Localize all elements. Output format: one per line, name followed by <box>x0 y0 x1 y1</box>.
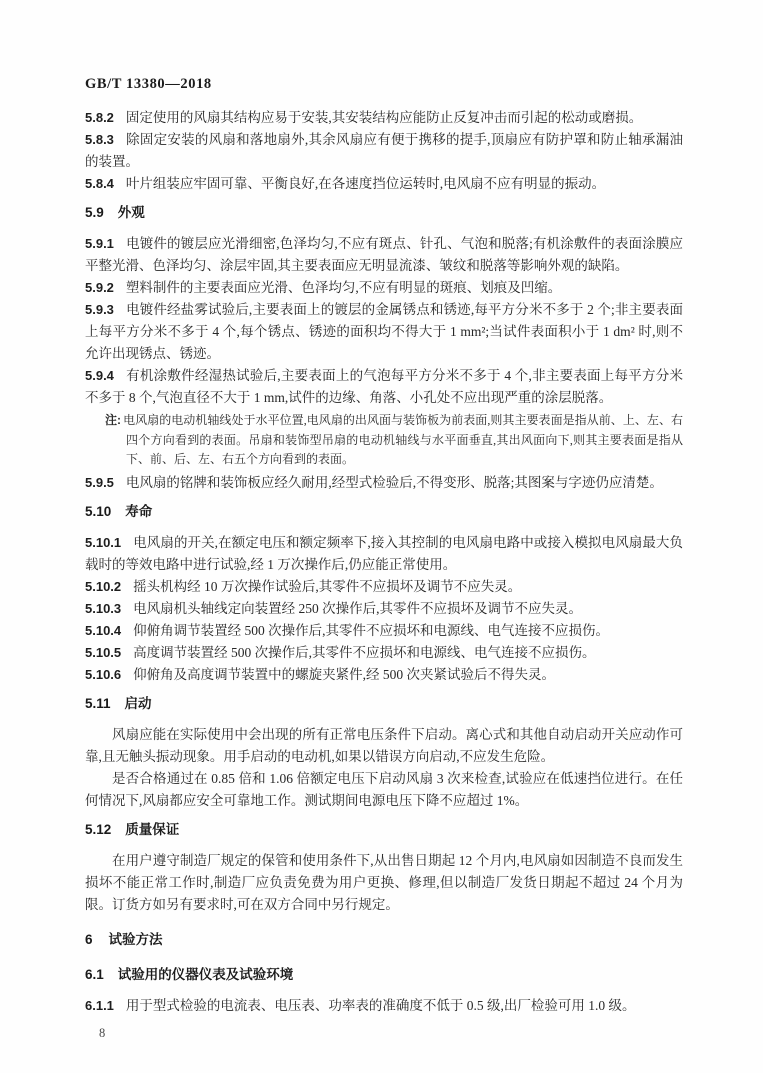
clause-5-9-5: 5.9.5电风扇的铭牌和装饰板应经久耐用,经型式检验后,不得变形、脱落;其图案与… <box>85 472 683 494</box>
clause-5-10-1: 5.10.1电风扇的开关,在额定电压和额定频率下,接入其控制的电风扇电路中或接入… <box>85 532 683 576</box>
clause-number: 5.9.2 <box>85 280 114 295</box>
clause-5-9-3: 5.9.3电镀件经盐雾试验后,主要表面上的镀层的金属锈点和锈迹,每平方分米不多于… <box>85 299 683 365</box>
clause-text: 电风扇的铭牌和装饰板应经久耐用,经型式检验后,不得变形、脱落;其图案与字迹仍应清… <box>126 475 663 490</box>
clause-5-10-2: 5.10.2摇头机构经 10 万次操作试验后,其零件不应损坏及调节不应失灵。 <box>85 576 683 598</box>
clause-text: 固定使用的风扇其结构应易于安装,其安装结构应能防止反复冲击而引起的松动或磨损。 <box>126 110 642 125</box>
section-number: 5.12 <box>85 822 111 837</box>
chapter-title: 试验方法 <box>109 932 163 947</box>
clause-5-8-3: 5.8.3除固定安装的风扇和落地扇外,其余风扇应有便于携移的提手,顶扇应有防护罩… <box>85 129 683 173</box>
clause-text: 电风扇机头轴线定向装置经 250 次操作后,其零件不应损坏及调节不应失灵。 <box>133 601 582 616</box>
clause-text: 除固定安装的风扇和落地扇外,其余风扇应有便于携移的提手,顶扇应有防护罩和防止轴承… <box>85 132 683 169</box>
clause-text: 仰俯角及高度调节装置中的螺旋夹紧件,经 500 次夹紧试验后不得失灵。 <box>133 667 555 682</box>
clause-number: 5.10.4 <box>85 623 121 638</box>
clause-number: 5.10.5 <box>85 645 121 660</box>
clause-5-8-4: 5.8.4叶片组装应牢固可靠、平衡良好,在各速度挡位运转时,电风扇不应有明显的振… <box>85 173 683 195</box>
clause-number: 5.8.2 <box>85 110 114 125</box>
page-number: 8 <box>99 1024 683 1042</box>
clause-5-9-2: 5.9.2塑料制件的主要表面应光滑、色泽均匀,不应有明显的斑痕、划痕及凹缩。 <box>85 277 683 299</box>
section-title: 外观 <box>118 205 145 220</box>
clause-text: 塑料制件的主要表面应光滑、色泽均匀,不应有明显的斑痕、划痕及凹缩。 <box>126 280 561 295</box>
clause-text: 仰俯角调节装置经 500 次操作后,其零件不应损坏和电源线、电气连接不应损伤。 <box>133 623 609 638</box>
note-label: 注: <box>105 413 121 427</box>
clause-text: 有机涂敷件经湿热试验后,主要表面上的气泡每平方分米不多于 4 个,非主要表面上每… <box>85 368 683 405</box>
clause-5-9-4: 5.9.4有机涂敷件经湿热试验后,主要表面上的气泡每平方分米不多于 4 个,非主… <box>85 365 683 409</box>
clause-5-10-5: 5.10.5高度调节装置经 500 次操作后,其零件不应损坏和电源线、电气连接不… <box>85 642 683 664</box>
clause-5-10-6: 5.10.6仰俯角及高度调节装置中的螺旋夹紧件,经 500 次夹紧试验后不得失灵… <box>85 664 683 686</box>
document-page: GB/T 13380—2018 5.8.2固定使用的风扇其结构应易于安装,其安装… <box>0 0 763 1073</box>
body-paragraph: 风扇应能在实际使用中会出现的所有正常电压条件下启动。离心式和其他自动启动开关应动… <box>85 724 683 768</box>
clause-number: 5.10.3 <box>85 601 121 616</box>
clause-number: 5.10.6 <box>85 667 121 682</box>
note-text: 电风扇的电动机轴线处于水平位置,电风扇的出风面与装饰板为前表面,则其主要表面是指… <box>123 413 683 466</box>
section-title: 质量保证 <box>125 822 179 837</box>
clause-5-10-4: 5.10.4仰俯角调节装置经 500 次操作后,其零件不应损坏和电源线、电气连接… <box>85 620 683 642</box>
clause-text: 摇头机构经 10 万次操作试验后,其零件不应损坏及调节不应失灵。 <box>133 579 521 594</box>
clause-number: 5.8.4 <box>85 176 114 191</box>
section-heading-5-12: 5.12质量保证 <box>85 819 683 841</box>
standard-number-header: GB/T 13380—2018 <box>85 74 683 94</box>
clause-text: 高度调节装置经 500 次操作后,其零件不应损坏和电源线、电气连接不应损伤。 <box>133 645 595 660</box>
clause-number: 6.1.1 <box>85 998 114 1013</box>
section-title: 寿命 <box>125 504 152 519</box>
section-number: 5.10 <box>85 504 111 519</box>
chapter-heading-6: 6试验方法 <box>85 929 683 951</box>
section-number: 5.11 <box>85 696 111 711</box>
clause-number: 5.10.2 <box>85 579 121 594</box>
body-paragraph: 在用户遵守制造厂规定的保管和使用条件下,从出售日期起 12 个月内,电风扇如因制… <box>85 850 683 916</box>
section-number: 5.9 <box>85 205 104 220</box>
section-number: 6.1 <box>85 967 104 982</box>
section-heading-6-1: 6.1试验用的仪器仪表及试验环境 <box>85 964 683 986</box>
clause-number: 5.9.3 <box>85 302 114 317</box>
clause-number: 5.10.1 <box>85 535 121 550</box>
section-heading-5-10: 5.10寿命 <box>85 501 683 523</box>
clause-text: 电镀件的镀层应光滑细密,色泽均匀,不应有斑点、针孔、气泡和脱落;有机涂敷件的表面… <box>85 236 683 273</box>
body-paragraph: 是否合格通过在 0.85 倍和 1.06 倍额定电压下启动风扇 3 次来检查,试… <box>85 768 683 812</box>
clause-6-1-1: 6.1.1用于型式检验的电流表、电压表、功率表的准确度不低于 0.5 级,出厂检… <box>85 995 683 1017</box>
clause-number: 5.9.4 <box>85 368 114 383</box>
clause-5-9-1: 5.9.1电镀件的镀层应光滑细密,色泽均匀,不应有斑点、针孔、气泡和脱落;有机涂… <box>85 233 683 277</box>
clause-text: 电风扇的开关,在额定电压和额定频率下,接入其控制的电风扇电路中或接入模拟电风扇最… <box>85 535 683 572</box>
note-block: 注:电风扇的电动机轴线处于水平位置,电风扇的出风面与装饰板为前表面,则其主要表面… <box>105 411 683 470</box>
clause-text: 电镀件经盐雾试验后,主要表面上的镀层的金属锈点和锈迹,每平方分米不多于 2 个;… <box>85 302 683 361</box>
chapter-number: 6 <box>85 932 93 947</box>
section-heading-5-11: 5.11启动 <box>85 693 683 715</box>
clause-text: 用于型式检验的电流表、电压表、功率表的准确度不低于 0.5 级,出厂检验可用 1… <box>126 998 636 1013</box>
clause-number: 5.9.1 <box>85 236 114 251</box>
section-title: 启动 <box>125 696 152 711</box>
section-title: 试验用的仪器仪表及试验环境 <box>118 967 294 982</box>
section-heading-5-9: 5.9外观 <box>85 202 683 224</box>
clause-text: 叶片组装应牢固可靠、平衡良好,在各速度挡位运转时,电风扇不应有明显的振动。 <box>126 176 605 191</box>
clause-number: 5.9.5 <box>85 475 114 490</box>
clause-5-8-2: 5.8.2固定使用的风扇其结构应易于安装,其安装结构应能防止反复冲击而引起的松动… <box>85 107 683 129</box>
clause-5-10-3: 5.10.3电风扇机头轴线定向装置经 250 次操作后,其零件不应损坏及调节不应… <box>85 598 683 620</box>
clause-number: 5.8.3 <box>85 132 114 147</box>
